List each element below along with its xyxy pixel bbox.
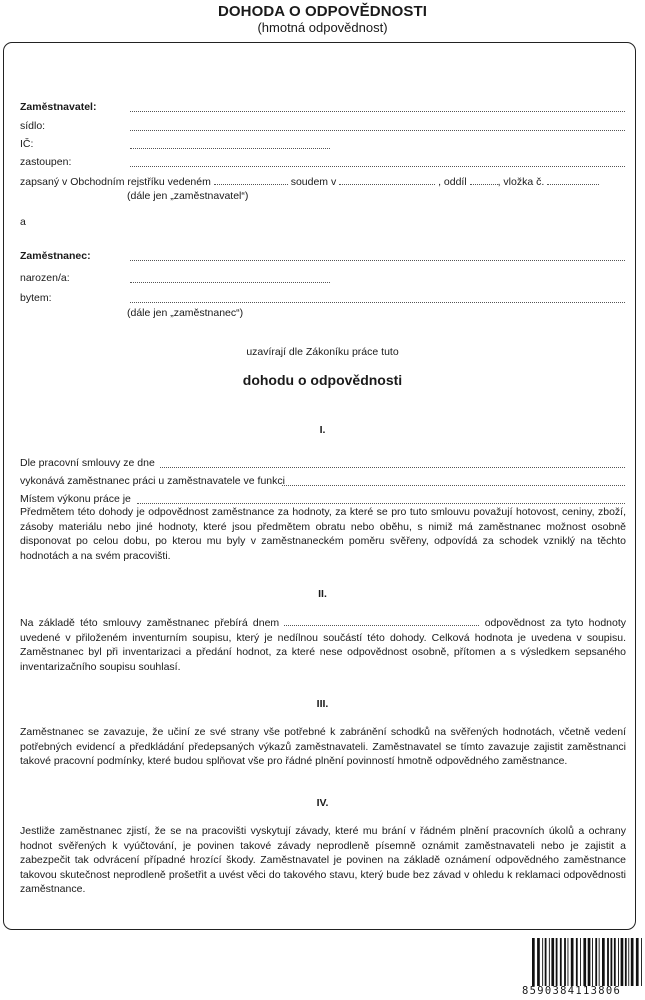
employer-note: (dále jen „zaměstnavatel“) [127, 190, 248, 203]
section-4-text: Jestliže zaměstnanec zjistí, že se na pr… [20, 824, 626, 897]
handover-date-field[interactable] [284, 616, 479, 626]
employee-address-row: bytem: [20, 292, 128, 305]
employer-ic-label: IČ: [20, 138, 128, 151]
workplace-field[interactable] [137, 493, 625, 504]
barcode-icon [530, 938, 645, 988]
employer-ic-row: IČ: [20, 138, 128, 151]
employer-seat-field[interactable] [130, 120, 625, 131]
register-court-field[interactable] [214, 175, 288, 185]
barcode-number: 8590384113806 [522, 985, 645, 997]
document-subtitle: (hmotná odpovědnost) [0, 20, 645, 35]
section-1-heading: I. [0, 424, 645, 436]
employee-label: Zaměstnanec: [20, 250, 128, 263]
section-4-heading: IV. [0, 797, 645, 809]
employer-register-row: zapsaný v Obchodním rejstříku vedeném so… [20, 175, 599, 189]
workplace-label: Místem výkonu práce je [20, 493, 131, 505]
register-court-label: soudem v [291, 176, 337, 188]
section-3-heading: III. [0, 698, 645, 710]
register-section-field[interactable] [470, 175, 498, 185]
register-insert-field[interactable] [547, 175, 599, 185]
employer-seat-row: sídlo: [20, 120, 128, 133]
employee-birth-row: narozen/a: [20, 272, 128, 285]
register-insert-label: , vložka č. [498, 176, 545, 188]
employer-row: Zaměstnavatel: [20, 101, 128, 114]
employee-row: Zaměstnanec: [20, 250, 128, 263]
job-function-row: vykonává zaměstnanec práci u zaměstnavat… [20, 475, 285, 488]
contract-date-field[interactable] [160, 457, 625, 468]
section-3-text: Zaměstnanec se zavazuje, že učiní ze své… [20, 725, 626, 769]
register-prefix: zapsaný v Obchodním rejstříku vedeném [20, 176, 211, 188]
register-city-field[interactable] [339, 175, 435, 185]
job-function-label: vykonává zaměstnanec práci u zaměstnavat… [20, 475, 285, 487]
employee-birth-field[interactable] [130, 272, 330, 283]
register-section-label: , oddíl [438, 176, 467, 188]
contract-date-row: Dle pracovní smlouvy ze dne [20, 457, 155, 470]
employee-birth-label: narozen/a: [20, 272, 128, 285]
employer-represented-row: zastoupen: [20, 156, 128, 169]
conjunction-text: a [20, 216, 26, 229]
employer-represented-label: zastoupen: [20, 156, 128, 169]
employee-address-label: bytem: [20, 292, 128, 305]
section-2-heading: II. [0, 588, 645, 600]
employer-ic-field[interactable] [130, 138, 330, 149]
employer-seat-label: sídlo: [20, 120, 128, 133]
employee-note: (dále jen „zaměstnanec“) [127, 307, 243, 320]
employee-name-field[interactable] [130, 250, 625, 261]
employer-label: Zaměstnavatel: [20, 101, 128, 114]
document-title: DOHODA O ODPOVĚDNOSTI [0, 3, 645, 20]
section-1-text: Předmětem této dohody je odpovědnost zam… [20, 505, 626, 563]
job-function-field[interactable] [282, 475, 625, 486]
contract-date-label: Dle pracovní smlouvy ze dne [20, 457, 155, 469]
intro-text: uzavírají dle Zákoníku práce tuto [0, 346, 645, 358]
section-2-text-before: Na základě této smlouvy zaměstnanec přeb… [20, 617, 279, 629]
agreement-title: dohodu o odpovědnosti [0, 372, 645, 388]
employer-represented-field[interactable] [130, 156, 625, 167]
employer-name-field[interactable] [130, 101, 625, 112]
section-2-text: Na základě této smlouvy zaměstnanec přeb… [20, 616, 626, 674]
employee-address-field[interactable] [130, 292, 625, 303]
